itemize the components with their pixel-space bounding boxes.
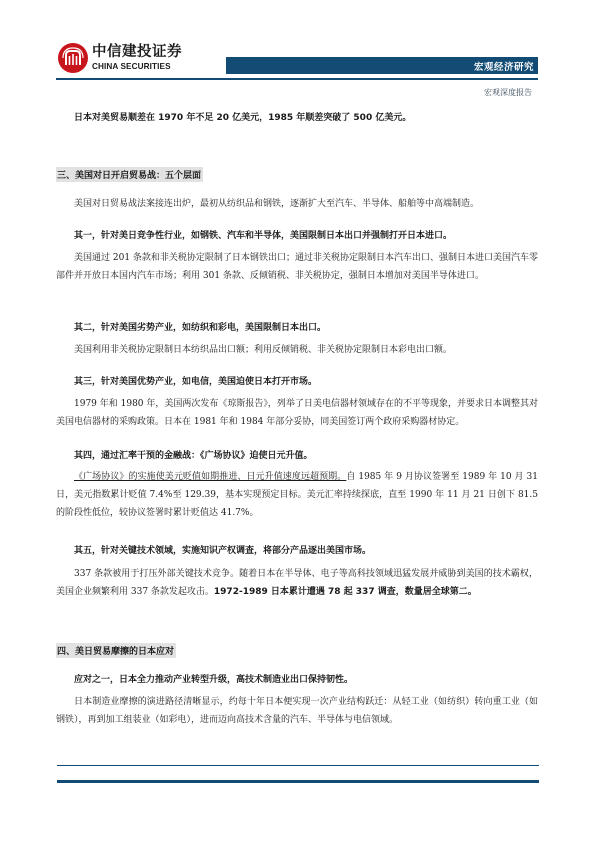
footer-divider-thick (57, 780, 539, 783)
point5-body-bold: 1972-1989 日本累计遭遇 78 起 337 调查，数量居全球第二。 (214, 587, 477, 597)
section-heading-3: 三、美国对日开启贸易战：五个层面 (56, 167, 203, 182)
response1-heading: 应对之一，日本全力推动产业转型升级，高技术制造业出口保持韧性。 (74, 672, 353, 685)
point5-body: 337 条款被用于打压外部关键技术竞争。随着日本在半导体、电子等高科技领域迅猛发… (56, 565, 538, 601)
point3-heading: 其三，针对美国优势产业，如电信，美国迫使日本打开市场。 (74, 374, 317, 387)
point4-body: 《广场协议》的实施使美元贬值如期推进、日元升值速度远超预期。自 1985 年 9… (56, 468, 538, 522)
point4-underlined-text: 《广场协议》的实施使美元贬值如期推进、日元升值速度远超预期。 (74, 472, 346, 482)
section-heading-4: 四、美日贸易摩擦的日本应对 (56, 643, 176, 658)
section-banner: 宏观经济研究 (226, 57, 538, 74)
report-type: 宏观深度报告 (484, 87, 532, 98)
section-label: 宏观经济研究 (474, 59, 534, 73)
header-divider (56, 78, 538, 80)
point2-body: 美国利用非关税协定限制日本纺织品出口额；利用反倾销税、非关税协定限制日本彩电出口… (56, 341, 538, 359)
footer-divider-thin (57, 765, 539, 766)
section3-intro: 美国对日贸易战法案接连出炉，最初从纺织品和钢铁，逐渐扩大至汽车、半导体、船舶等中… (56, 195, 538, 213)
logo-cn-text: 中信建投证券 (92, 45, 182, 60)
point1-body: 美国通过 201 条款和非关税协定限制了日本钢铁出口；通过非关税协定限制日本汽车… (56, 249, 538, 285)
point4-heading: 其四，通过汇率干预的金融战：《广场协议》迫使日元升值。 (74, 448, 313, 461)
point1-heading: 其一，针对美日竞争性行业，如钢铁、汽车和半导体，美国限制日本出口并强制打开日本进… (74, 228, 452, 241)
response1-body: 日本制造业摩擦的演进路径清晰显示，约每十年日本便实现一次产业结构跃迁：从轻工业（… (56, 693, 538, 729)
point3-body: 1979 年和 1980 年，美国两次发布《琼斯报告》，列举了日美电信器材领域存… (56, 395, 538, 431)
logo-en-text: CHINA SECURITIES (92, 63, 182, 71)
company-logo: 中信建投证券 CHINA SECURITIES (58, 43, 182, 73)
point2-heading: 其二，针对美国劣势产业，如纺织和彩电，美国限制日本出口。 (74, 320, 326, 333)
intro-bold-text: 日本对美贸易顺差在 1970 年不足 20 亿美元，1985 年顺差突破了 50… (74, 110, 411, 123)
citic-logo-icon (58, 43, 88, 73)
point5-heading: 其五，针对关键技术领域，实施知识产权调查，将部分产品逐出美国市场。 (74, 543, 371, 556)
